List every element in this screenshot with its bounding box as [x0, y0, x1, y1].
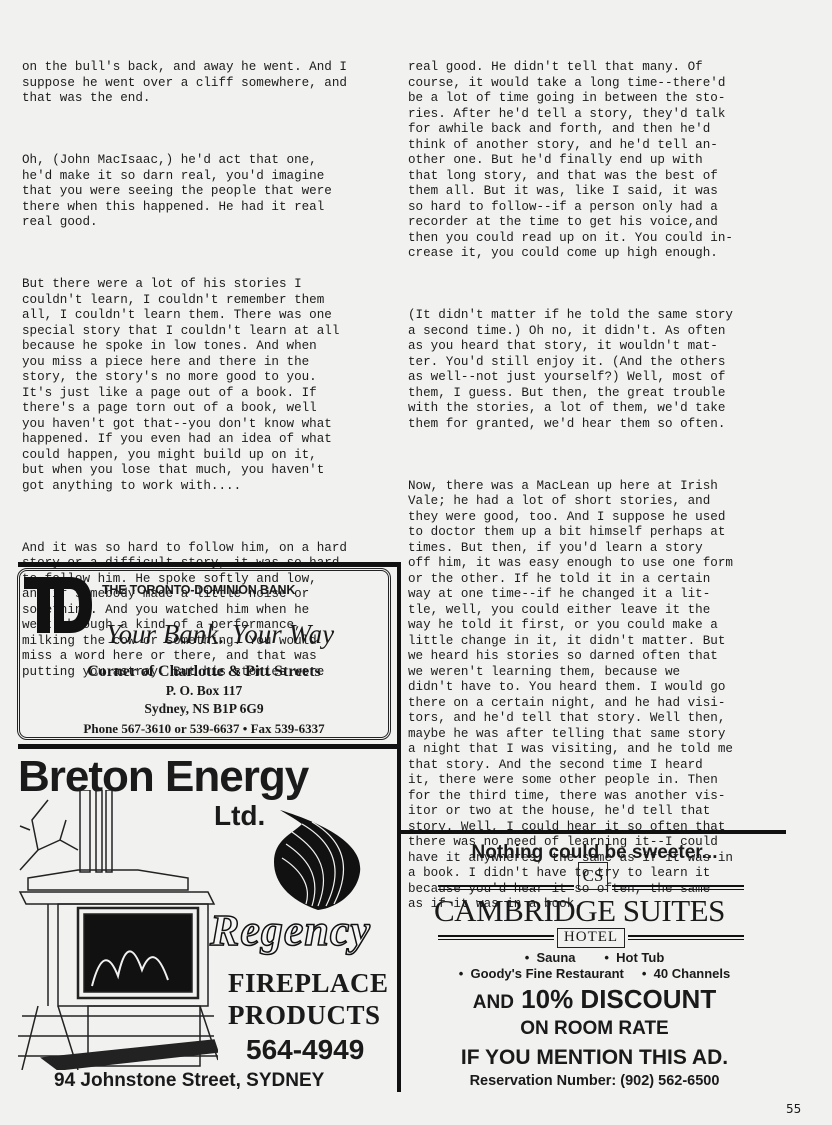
divider	[438, 889, 574, 890]
flame-logo-icon	[272, 810, 364, 910]
paragraph: on the bull's back, and away he went. An…	[22, 60, 347, 107]
divider	[397, 562, 401, 1092]
paragraph: (It didn't matter if he told the same st…	[408, 308, 733, 432]
divider	[628, 939, 744, 940]
discount-condition: IF YOU MENTION THIS AD.	[402, 1046, 787, 1070]
bank-city: Sydney, NS B1P 6G9	[20, 701, 388, 717]
discount-room-rate: ON ROOM RATE	[402, 1018, 787, 1040]
page-number: 55	[786, 1102, 801, 1116]
breton-phone: 564-4949	[246, 1034, 364, 1066]
cambridge-name: CAMBRIDGE SUITES	[434, 893, 725, 929]
discount-headline: AND 10% DISCOUNT	[402, 984, 787, 1015]
bank-slogan: Your Bank. Your Way	[106, 619, 334, 650]
breton-address: 94 Johnstone Street, SYDNEY	[54, 1070, 324, 1092]
paragraph: Oh, (John MacIsaac,) he'd act that one, …	[22, 153, 347, 231]
bank-address: Corner of Charlotte & Pitt Streets	[20, 663, 388, 681]
cambridge-tagline: Nothing could be sweeter...	[402, 842, 787, 864]
amenities-row: • Goody's Fine Restaurant • 40 Channels	[402, 966, 787, 981]
regency-brand: Regency	[210, 905, 371, 956]
discount-amount: 10% DISCOUNT	[521, 984, 716, 1014]
divider	[438, 939, 554, 940]
td-logo-icon	[24, 577, 92, 633]
divider	[18, 562, 400, 567]
breton-energy-ltd: Ltd.	[214, 800, 265, 832]
wood-stove-illustration-icon	[18, 790, 218, 1070]
divider	[400, 830, 786, 834]
article-right-column: real good. He didn't tell that many. Of …	[408, 29, 733, 944]
amenities-row: • Sauna • Hot Tub	[402, 950, 787, 965]
paragraph: real good. He didn't tell that many. Of …	[408, 60, 733, 262]
fireplace-label: FIREPLACE	[228, 968, 389, 999]
discount-prefix: AND	[473, 992, 514, 1013]
products-label: PRODUCTS	[228, 1000, 381, 1031]
bank-contact: Phone 567-3610 or 539-6637 • Fax 539-633…	[20, 721, 388, 737]
divider	[438, 935, 554, 937]
divider	[438, 885, 574, 887]
paragraph: But there were a lot of his stories I co…	[22, 277, 347, 494]
divider	[612, 889, 744, 890]
cambridge-hotel-label: HOTEL	[557, 928, 625, 948]
bank-name: THE TORONTO-DOMINION BANK	[102, 583, 295, 597]
reservation-number: Reservation Number: (902) 562-6500	[402, 1073, 787, 1089]
divider	[612, 885, 744, 887]
divider	[18, 744, 400, 749]
cambridge-logo-icon: CS	[578, 862, 608, 890]
td-bank-ad: THE TORONTO-DOMINION BANK Your Bank. You…	[17, 568, 391, 740]
bank-po-box: P. O. Box 117	[20, 683, 388, 699]
divider	[628, 935, 744, 937]
